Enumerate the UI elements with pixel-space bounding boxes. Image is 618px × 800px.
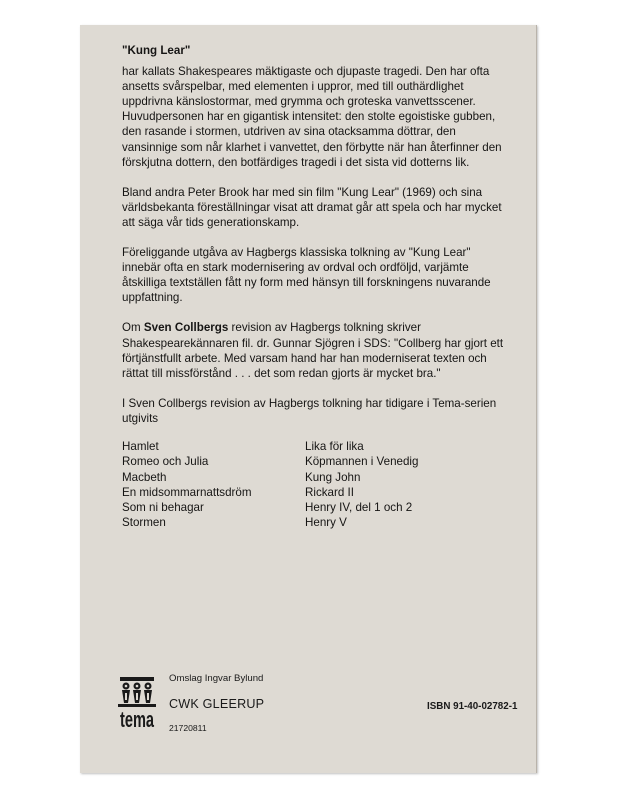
tema-logo-icon: tema [118, 675, 156, 729]
series-title: Rickard II [305, 485, 505, 500]
review-prefix: Om [122, 321, 144, 334]
publisher-name: CWK GLEERUP [169, 697, 264, 711]
series-title: Köpmannen i Venedig [305, 454, 505, 469]
catalog-number: 21720811 [169, 723, 207, 733]
series-title: Romeo och Julia [122, 454, 305, 469]
paragraph-review: Om Sven Collbergs revision av Hagbergs t… [122, 320, 512, 380]
series-title: Stormen [122, 515, 305, 530]
series-title: Kung John [305, 470, 505, 485]
cover-footer: tema Omslag Ingvar Bylund CWK GLEERUP 21… [80, 655, 536, 745]
book-back-cover: "Kung Lear" har kallats Shakespeares mäk… [80, 25, 537, 773]
reviser-name: Sven Collbergs [144, 321, 228, 334]
series-title: Henry IV, del 1 och 2 [305, 500, 505, 515]
series-intro: I Sven Collbergs revision av Hagbergs to… [122, 396, 512, 426]
series-title: Som ni behagar [122, 500, 305, 515]
paragraph-peter-brook: Bland andra Peter Brook har med sin film… [122, 185, 512, 230]
series-title: En midsommarnattsdröm [122, 485, 305, 500]
series-title: Henry V [305, 515, 505, 530]
series-title: Lika för lika [305, 439, 505, 454]
svg-text:tema: tema [120, 707, 155, 729]
cover-design-credit: Omslag Ingvar Bylund [169, 673, 263, 684]
isbn-number: ISBN 91-40-02782-1 [427, 701, 517, 712]
cover-text: "Kung Lear" har kallats Shakespeares mäk… [122, 43, 512, 531]
series-title: Macbeth [122, 470, 305, 485]
series-title: Hamlet [122, 439, 305, 454]
book-title: "Kung Lear" [122, 43, 512, 58]
paragraph-edition: Föreliggande utgåva av Hagbergs klassisk… [122, 245, 512, 305]
series-title-list: Hamlet Lika för lika Romeo och Julia Köp… [122, 439, 512, 531]
paragraph-description: har kallats Shakespeares mäktigaste och … [122, 64, 512, 170]
